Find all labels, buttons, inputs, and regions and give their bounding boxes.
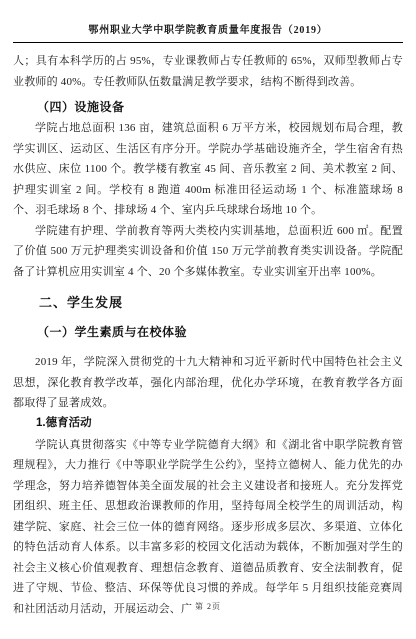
heading-student-development: 二、学生发展 [13,295,403,310]
document-body: 人；具有本科学历的占 95%，专业课教师占专任教师的 65%，双师型教师占专业教… [13,51,403,619]
paragraph-2019-overview: 2019 年，学院深入贯彻党的十九大精神和习近平新时代中国特色社会主义思想，深化… [13,352,403,414]
page-footer: 第 2页 [0,601,416,612]
heading-moral-education: 1.德育活动 [13,416,403,430]
header-title: 鄂州职业大学中职学院教育质量年度报告（2019） [13,25,403,36]
paragraph-campus-facilities: 学院占地总面积 136 亩，建筑总面积 6 万平方米，校园规划布局合理，教学实训… [13,118,403,221]
page-number: 第 2页 [195,602,221,611]
page-header: 鄂州职业大学中职学院教育质量年度报告（2019） [13,25,403,43]
paragraph-teachers-continued: 人；具有本科学历的占 95%，专业课教师占专任教师的 65%，双师型教师占专业教… [13,51,403,92]
document-page: 鄂州职业大学中职学院教育质量年度报告（2019） 人；具有本科学历的占 95%，… [0,0,416,639]
heading-facilities: （四）设施设备 [13,100,403,114]
header-divider [13,42,403,43]
heading-student-quality: （一）学生素质与在校体验 [13,325,403,339]
paragraph-moral-education: 学院认真贯彻落实《中等专业学院德育大纲》和《湖北省中职学院教育管理规程》，大力推… [13,435,403,620]
paragraph-training-base: 学院建有护理、学前教育等两大类校内实训基地，总面积近 600 ㎡。配置了价值 5… [13,221,403,283]
